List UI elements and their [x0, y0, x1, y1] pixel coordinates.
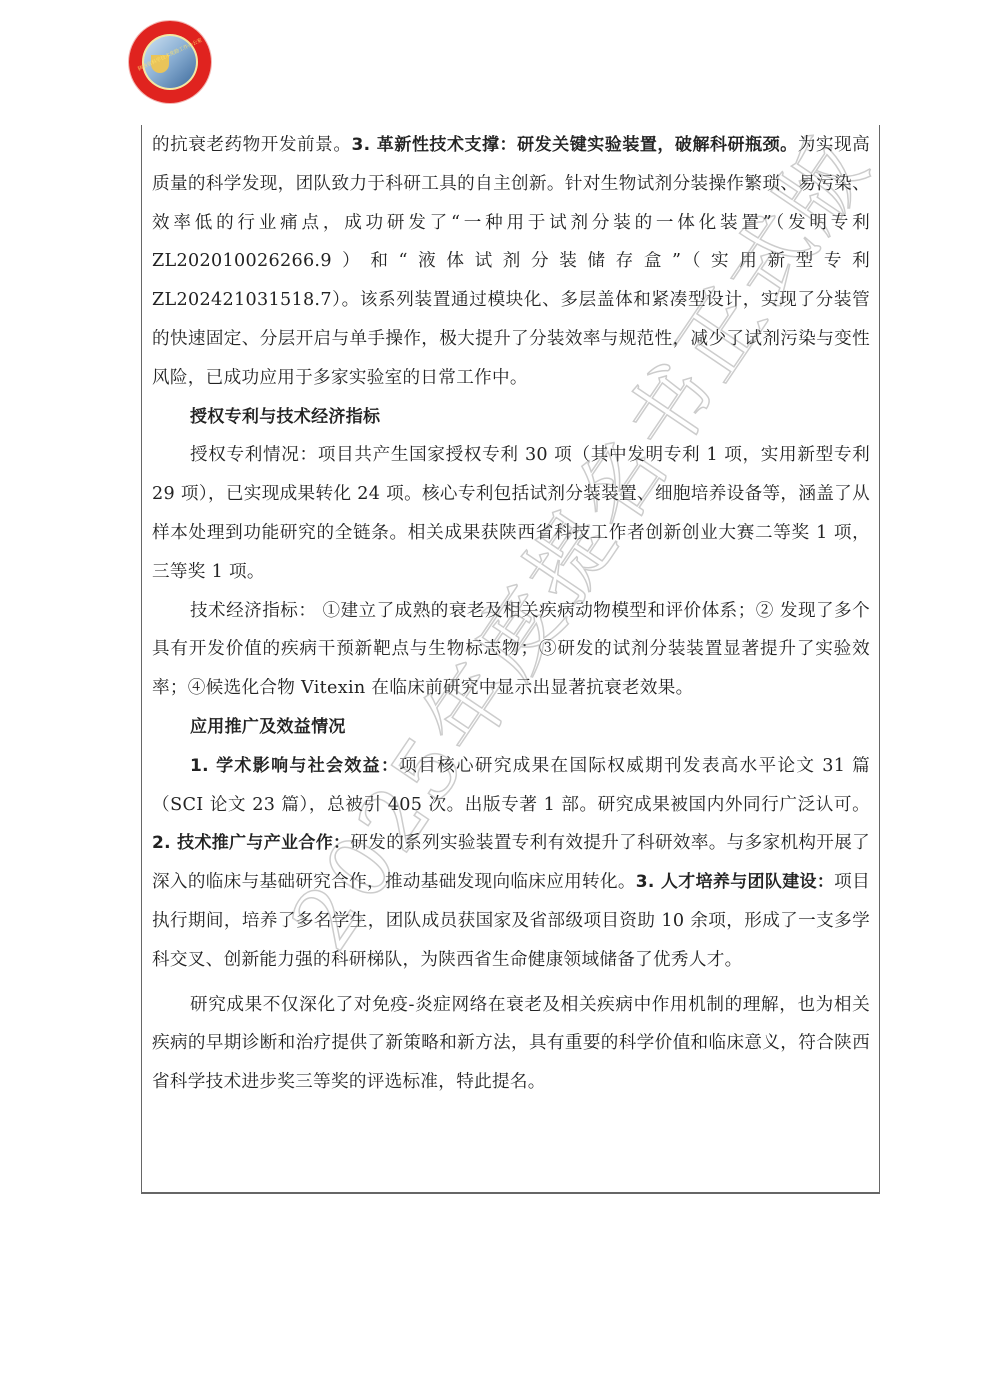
nomination-content: 的抗衰老药物开发前景。3. 革新性技术支撑：研发关键实验装置，破解科研瓶颈。为实… [152, 126, 870, 1102]
text-segment: 的抗衰老药物开发前景。 [152, 135, 351, 155]
paragraph-innovation-tech: 的抗衰老药物开发前景。3. 革新性技术支撑：研发关键实验装置，破解科研瓶颈。为实… [152, 126, 870, 398]
text-segment: 为实现高质量的科学发现，团队致力于科研工具的自主创新。针对生物试剂分装操作繁琐、… [152, 135, 870, 388]
paragraph-conclusion: 研究成果不仅深化了对免疫-炎症网络在衰老及相关疾病中作用机制的理解，也为相关疾病… [152, 986, 870, 1102]
award-office-seal-logo: 陕西省科学技术奖励工作办公室 [129, 21, 211, 103]
paragraph-tech-econ-indicators: 技术经济指标： ①建立了成熟的衰老及相关疾病动物模型和评价体系；② 发现了多个具… [152, 592, 870, 708]
paragraph-patent-status: 授权专利情况：项目共产生国家授权专利 30 项（其中发明专利 1 项，实用新型专… [152, 436, 870, 591]
section-heading-application: 应用推广及效益情况 [152, 708, 870, 747]
bold-subheading-tech-promotion: 2. 技术推广与产业合作： [152, 833, 350, 853]
paragraph-application-benefits: 1. 学术影响与社会效益：项目核心研究成果在国际权威期刊发表高水平论文 31 篇… [152, 747, 870, 980]
bold-subheading-talent-training: 3. 人才培养与团队建设： [636, 872, 834, 892]
section-heading-patents: 授权专利与技术经济指标 [152, 398, 870, 437]
bold-subheading-academic-impact: 1. 学术影响与社会效益： [190, 756, 399, 776]
bold-subheading-tech-support: 3. 革新性技术支撑：研发关键实验装置，破解科研瓶颈。 [351, 135, 797, 155]
